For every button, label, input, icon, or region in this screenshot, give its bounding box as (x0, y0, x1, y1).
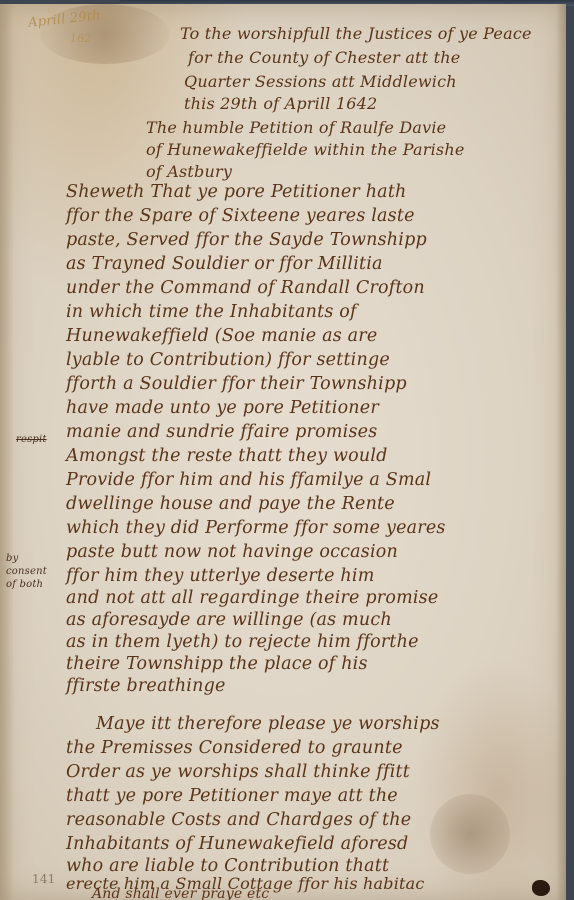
body-line: in which time the Inhabitants of (66, 302, 357, 322)
prayer-line: Order as ye worships shall thinke ffitt (66, 762, 410, 782)
body-line: and not att all regardinge theire promis… (66, 588, 438, 608)
title-line: The humble Petition of Raulfe Davie (146, 118, 446, 137)
manuscript-page: Aprill 29th 162 To the worshipfull the J… (0, 4, 566, 900)
prayer-closing: And shall ever praye etc (92, 886, 269, 900)
body-line: as Trayned Souldier or ffor Millitia (66, 254, 383, 274)
water-stain (430, 794, 510, 874)
docket-year: 162 (70, 32, 92, 45)
title-line: of Astbury (146, 162, 232, 181)
body-line: under the Command of Randall Crofton (66, 278, 425, 298)
body-line: Sheweth That ye pore Petitioner hath (66, 182, 407, 202)
ink-blot (532, 880, 550, 896)
prayer-line: reasonable Costs and Chardges of the (66, 810, 411, 830)
body-line: fforth a Souldier ffor their Townshipp (66, 374, 407, 394)
body-line: which they did Performe ffor some yeares (66, 518, 446, 538)
body-line: have made unto ye pore Petitioner (66, 398, 379, 418)
prayer-line: thatt ye pore Petitioner maye att the (66, 786, 398, 806)
body-line: as in them lyeth) to rejecte him fforthe (66, 632, 419, 652)
body-line: paste butt now not havinge occasion (66, 542, 398, 562)
body-line: ffirste breathinge (66, 676, 226, 696)
folio-number: 141 (32, 872, 56, 886)
body-line: ffor him they utterlye deserte him (66, 566, 375, 586)
body-line: Amongst the reste thatt they would (66, 446, 388, 466)
prayer-line: Maye itt therefore please ye worships (96, 714, 440, 734)
body-line: lyable to Contribution) ffor settinge (66, 350, 390, 370)
prayer-line: who are liable to Contribution thatt (66, 856, 389, 876)
body-line: paste, Served ffor the Sayde Townshipp (66, 230, 427, 250)
address-line: To the worshipfull the Justices of ye Pe… (180, 24, 532, 43)
prayer-line: Inhabitants of Hunewakefield aforesd (66, 834, 408, 854)
body-line: Provide ffor him and his ffamilye a Smal (66, 470, 431, 490)
body-line: manie and sundrie ffaire promises (66, 422, 377, 442)
margin-note-respit: respit (16, 434, 47, 445)
margin-note-consent: by consent of both (6, 552, 56, 591)
body-line: theire Townshipp the place of his (66, 654, 368, 674)
body-line: ffor the Spare of Sixteene yeares laste (66, 206, 415, 226)
address-line: this 29th of Aprill 1642 (184, 94, 377, 113)
prayer-line: the Premisses Considered to graunte (66, 738, 403, 758)
address-line: Quarter Sessions att Middlewich (184, 72, 457, 91)
title-line: of Hunewakeffielde within the Parishe (146, 140, 465, 159)
body-line: as aforesayde are willinge (as much (66, 610, 392, 630)
address-line: for the County of Chester att the (188, 48, 460, 67)
body-line: dwellinge house and paye the Rente (66, 494, 395, 514)
body-line: Hunewakeffield (Soe manie as are (66, 326, 377, 346)
